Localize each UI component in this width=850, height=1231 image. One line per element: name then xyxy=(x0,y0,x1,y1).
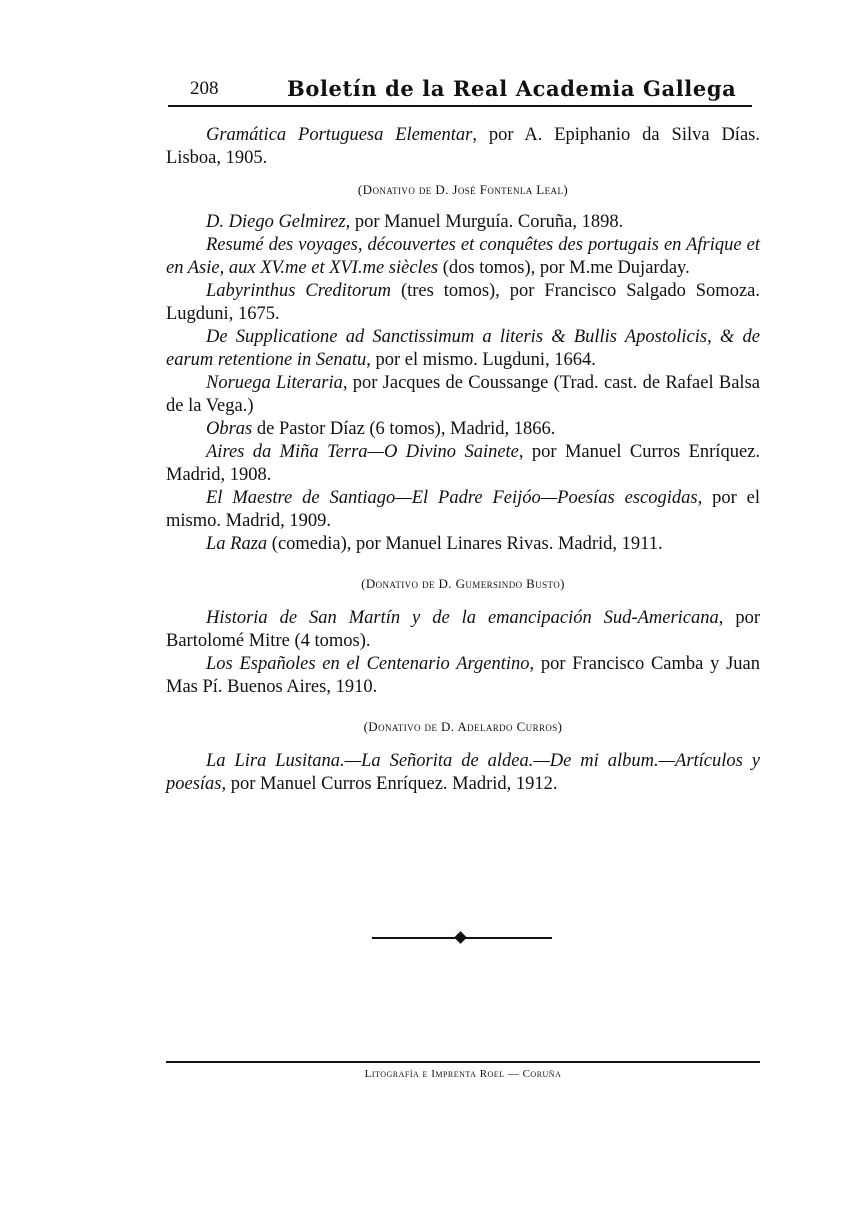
printer-imprint: Litografía e Imprenta Roel — Coruña xyxy=(166,1068,760,1080)
book-entry: Noruega Literaria, por Jacques de Coussa… xyxy=(166,372,760,418)
book-title: Gramática Portuguesa Elementar xyxy=(206,125,472,145)
book-entry: Gramática Portuguesa Elementar, por A. E… xyxy=(166,124,760,170)
book-entry: Obras de Pastor Díaz (6 tomos), Madrid, … xyxy=(166,418,760,441)
book-entry: De Supplicatione ad Sanctissimum a liter… xyxy=(166,326,760,372)
donation-line: (Donativo de D. Adelardo Curros) xyxy=(166,715,760,738)
book-details: de Pastor Díaz (6 tomos), Madrid, 1866. xyxy=(252,419,555,439)
ornament-rule-icon xyxy=(372,932,552,944)
book-entry: Resumé des voyages, découvertes et conqu… xyxy=(166,234,760,280)
book-details: , por Manuel Curros Enríquez. Madrid, 19… xyxy=(222,774,558,794)
book-details: (comedia), por Manuel Linares Rivas. Mad… xyxy=(267,534,662,554)
donation-line: (Donativo de D. José Fontenla Leal) xyxy=(166,178,760,201)
diamond-icon xyxy=(454,931,467,944)
journal-title: Boletín de la Real Academia Gallega xyxy=(287,76,736,101)
book-entry: Historia de San Martín y de la emancipac… xyxy=(166,607,760,653)
book-title: Labyrinthus Creditorum xyxy=(206,281,391,301)
book-entry: Labyrinthus Creditorum (tres tomos), por… xyxy=(166,280,760,326)
book-title: Noruega Literaria xyxy=(206,373,343,393)
book-title: D. Diego Gelmirez xyxy=(206,212,346,232)
book-title: La Raza xyxy=(206,534,267,554)
book-entry: La Raza (comedia), por Manuel Linares Ri… xyxy=(166,533,760,556)
book-details: , por Manuel Murguía. Coruña, 1898. xyxy=(346,212,624,232)
document-page: 208 Boletín de la Real Academia Gallega … xyxy=(0,0,850,1231)
book-title: Los Españoles en el Centenario Argentino xyxy=(206,654,530,674)
book-details: , por el mismo. Lugduni, 1664. xyxy=(366,350,596,370)
book-entry: La Lira Lusitana.—La Señorita de aldea.—… xyxy=(166,750,760,796)
book-entry: D. Diego Gelmirez, por Manuel Murguía. C… xyxy=(166,211,760,234)
book-title: Historia de San Martín y de la emancipac… xyxy=(206,608,719,628)
book-title: Obras xyxy=(206,419,252,439)
header-rule xyxy=(168,105,752,107)
book-list: Gramática Portuguesa Elementar, por A. E… xyxy=(166,124,760,796)
book-entry: El Maestre de Santiago—El Padre Feijóo—P… xyxy=(166,487,760,533)
book-details: (dos tomos), por M.me Dujarday. xyxy=(438,258,690,278)
footer-rule xyxy=(166,1061,760,1063)
book-entry: Aires da Miña Terra—O Divino Sainete, po… xyxy=(166,441,760,487)
book-entry: Los Españoles en el Centenario Argentino… xyxy=(166,653,760,699)
page-number: 208 xyxy=(190,78,219,100)
book-title: Aires da Miña Terra—O Divino Sainete xyxy=(206,442,519,462)
book-title: El Maestre de Santiago—El Padre Feijóo—P… xyxy=(206,488,698,508)
donation-line: (Donativo de D. Gumersindo Busto) xyxy=(166,572,760,595)
running-head: 208 Boletín de la Real Academia Gallega xyxy=(190,76,760,102)
